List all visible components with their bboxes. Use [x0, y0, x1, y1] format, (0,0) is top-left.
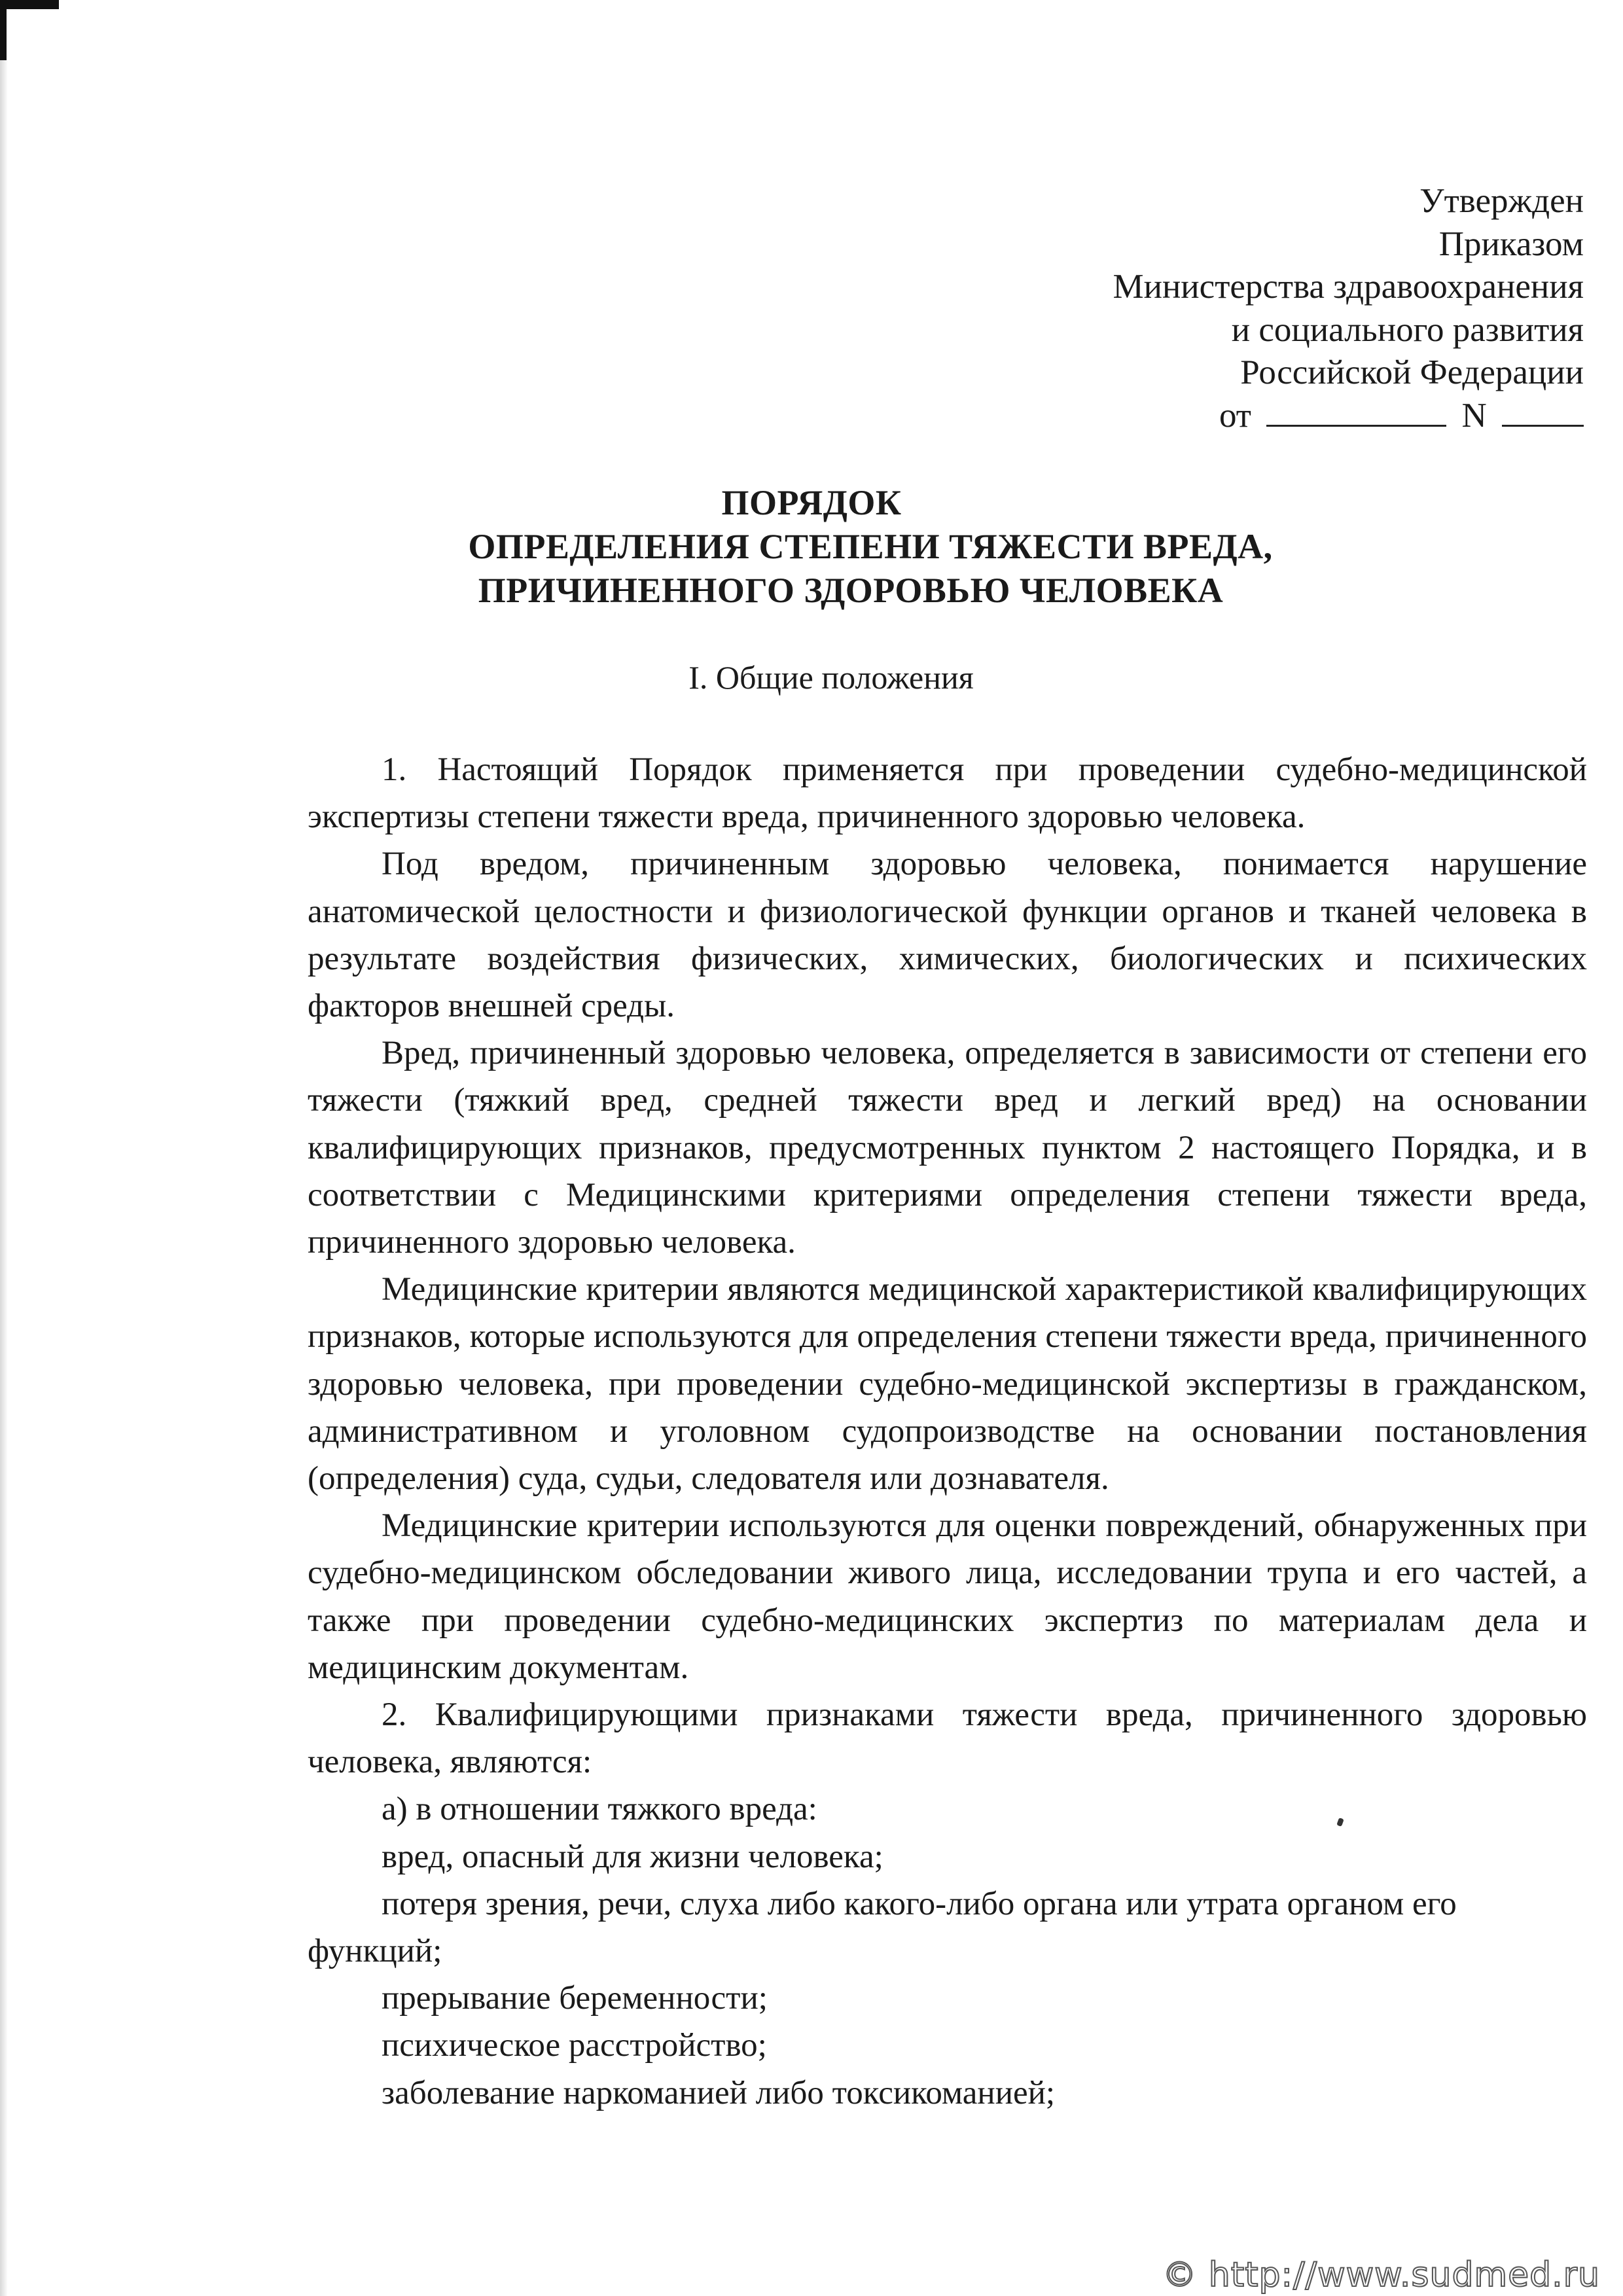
section-heading: I. Общие положения — [0, 658, 1623, 697]
approval-line: Утвержден — [1113, 180, 1584, 223]
scan-page-edge — [0, 60, 8, 2296]
approval-line: Приказом — [1113, 223, 1584, 266]
number-prefix: N — [1461, 397, 1486, 435]
approval-date-number-line: от N — [1113, 395, 1584, 438]
scan-border-left — [0, 0, 7, 60]
watermark-link[interactable]: © http://www.sudmed.ru — [1162, 2255, 1600, 2295]
list-item: заболевание наркоманией либо токсикомани… — [308, 2070, 1587, 2117]
document-body: 1. Настоящий Порядок применяется при про… — [308, 746, 1587, 2117]
list-item: психическое расстройство; — [308, 2022, 1587, 2069]
list-item: прерывание беременности; — [308, 1975, 1587, 2022]
list-item: потеря зрения, речи, слуха либо какого-л… — [308, 1880, 1587, 1975]
title-line: ОПРЕДЕЛЕНИЯ СТЕПЕНИ ТЯЖЕСТИ ВРЕДА, — [0, 525, 1623, 569]
paragraph: Медицинские критерии являются медицинско… — [308, 1266, 1587, 1502]
scan-border-top — [0, 0, 59, 9]
approval-line: Министерства здравоохранения — [1113, 266, 1584, 309]
approval-line: и социального развития — [1113, 309, 1584, 352]
date-blank-field — [1266, 424, 1446, 427]
paragraph: 1. Настоящий Порядок применяется при про… — [308, 746, 1587, 840]
approval-line: Российской Федерации — [1113, 351, 1584, 395]
number-blank-field — [1502, 424, 1584, 427]
date-prefix: от — [1219, 397, 1251, 435]
paragraph: 2. Квалифицирующими признаками тяжести в… — [308, 1691, 1587, 1785]
list-subheading: а) в отношении тяжкого вреда: — [308, 1785, 1587, 1833]
paragraph: Вред, причиненный здоровью человека, опр… — [308, 1030, 1587, 1266]
list-item: вред, опасный для жизни человека; — [308, 1833, 1587, 1880]
approval-stamp-block: Утвержден Приказом Министерства здравоох… — [1113, 180, 1584, 437]
title-line: ПОРЯДОК — [0, 481, 1623, 525]
title-line: ПРИЧИНЕННОГО ЗДОРОВЬЮ ЧЕЛОВЕКА — [0, 569, 1623, 613]
paragraph: Под вредом, причиненным здоровью человек… — [308, 840, 1587, 1030]
paragraph: Медицинские критерии используются для оц… — [308, 1502, 1587, 1691]
document-title: ПОРЯДОК ОПРЕДЕЛЕНИЯ СТЕПЕНИ ТЯЖЕСТИ ВРЕД… — [0, 481, 1623, 613]
